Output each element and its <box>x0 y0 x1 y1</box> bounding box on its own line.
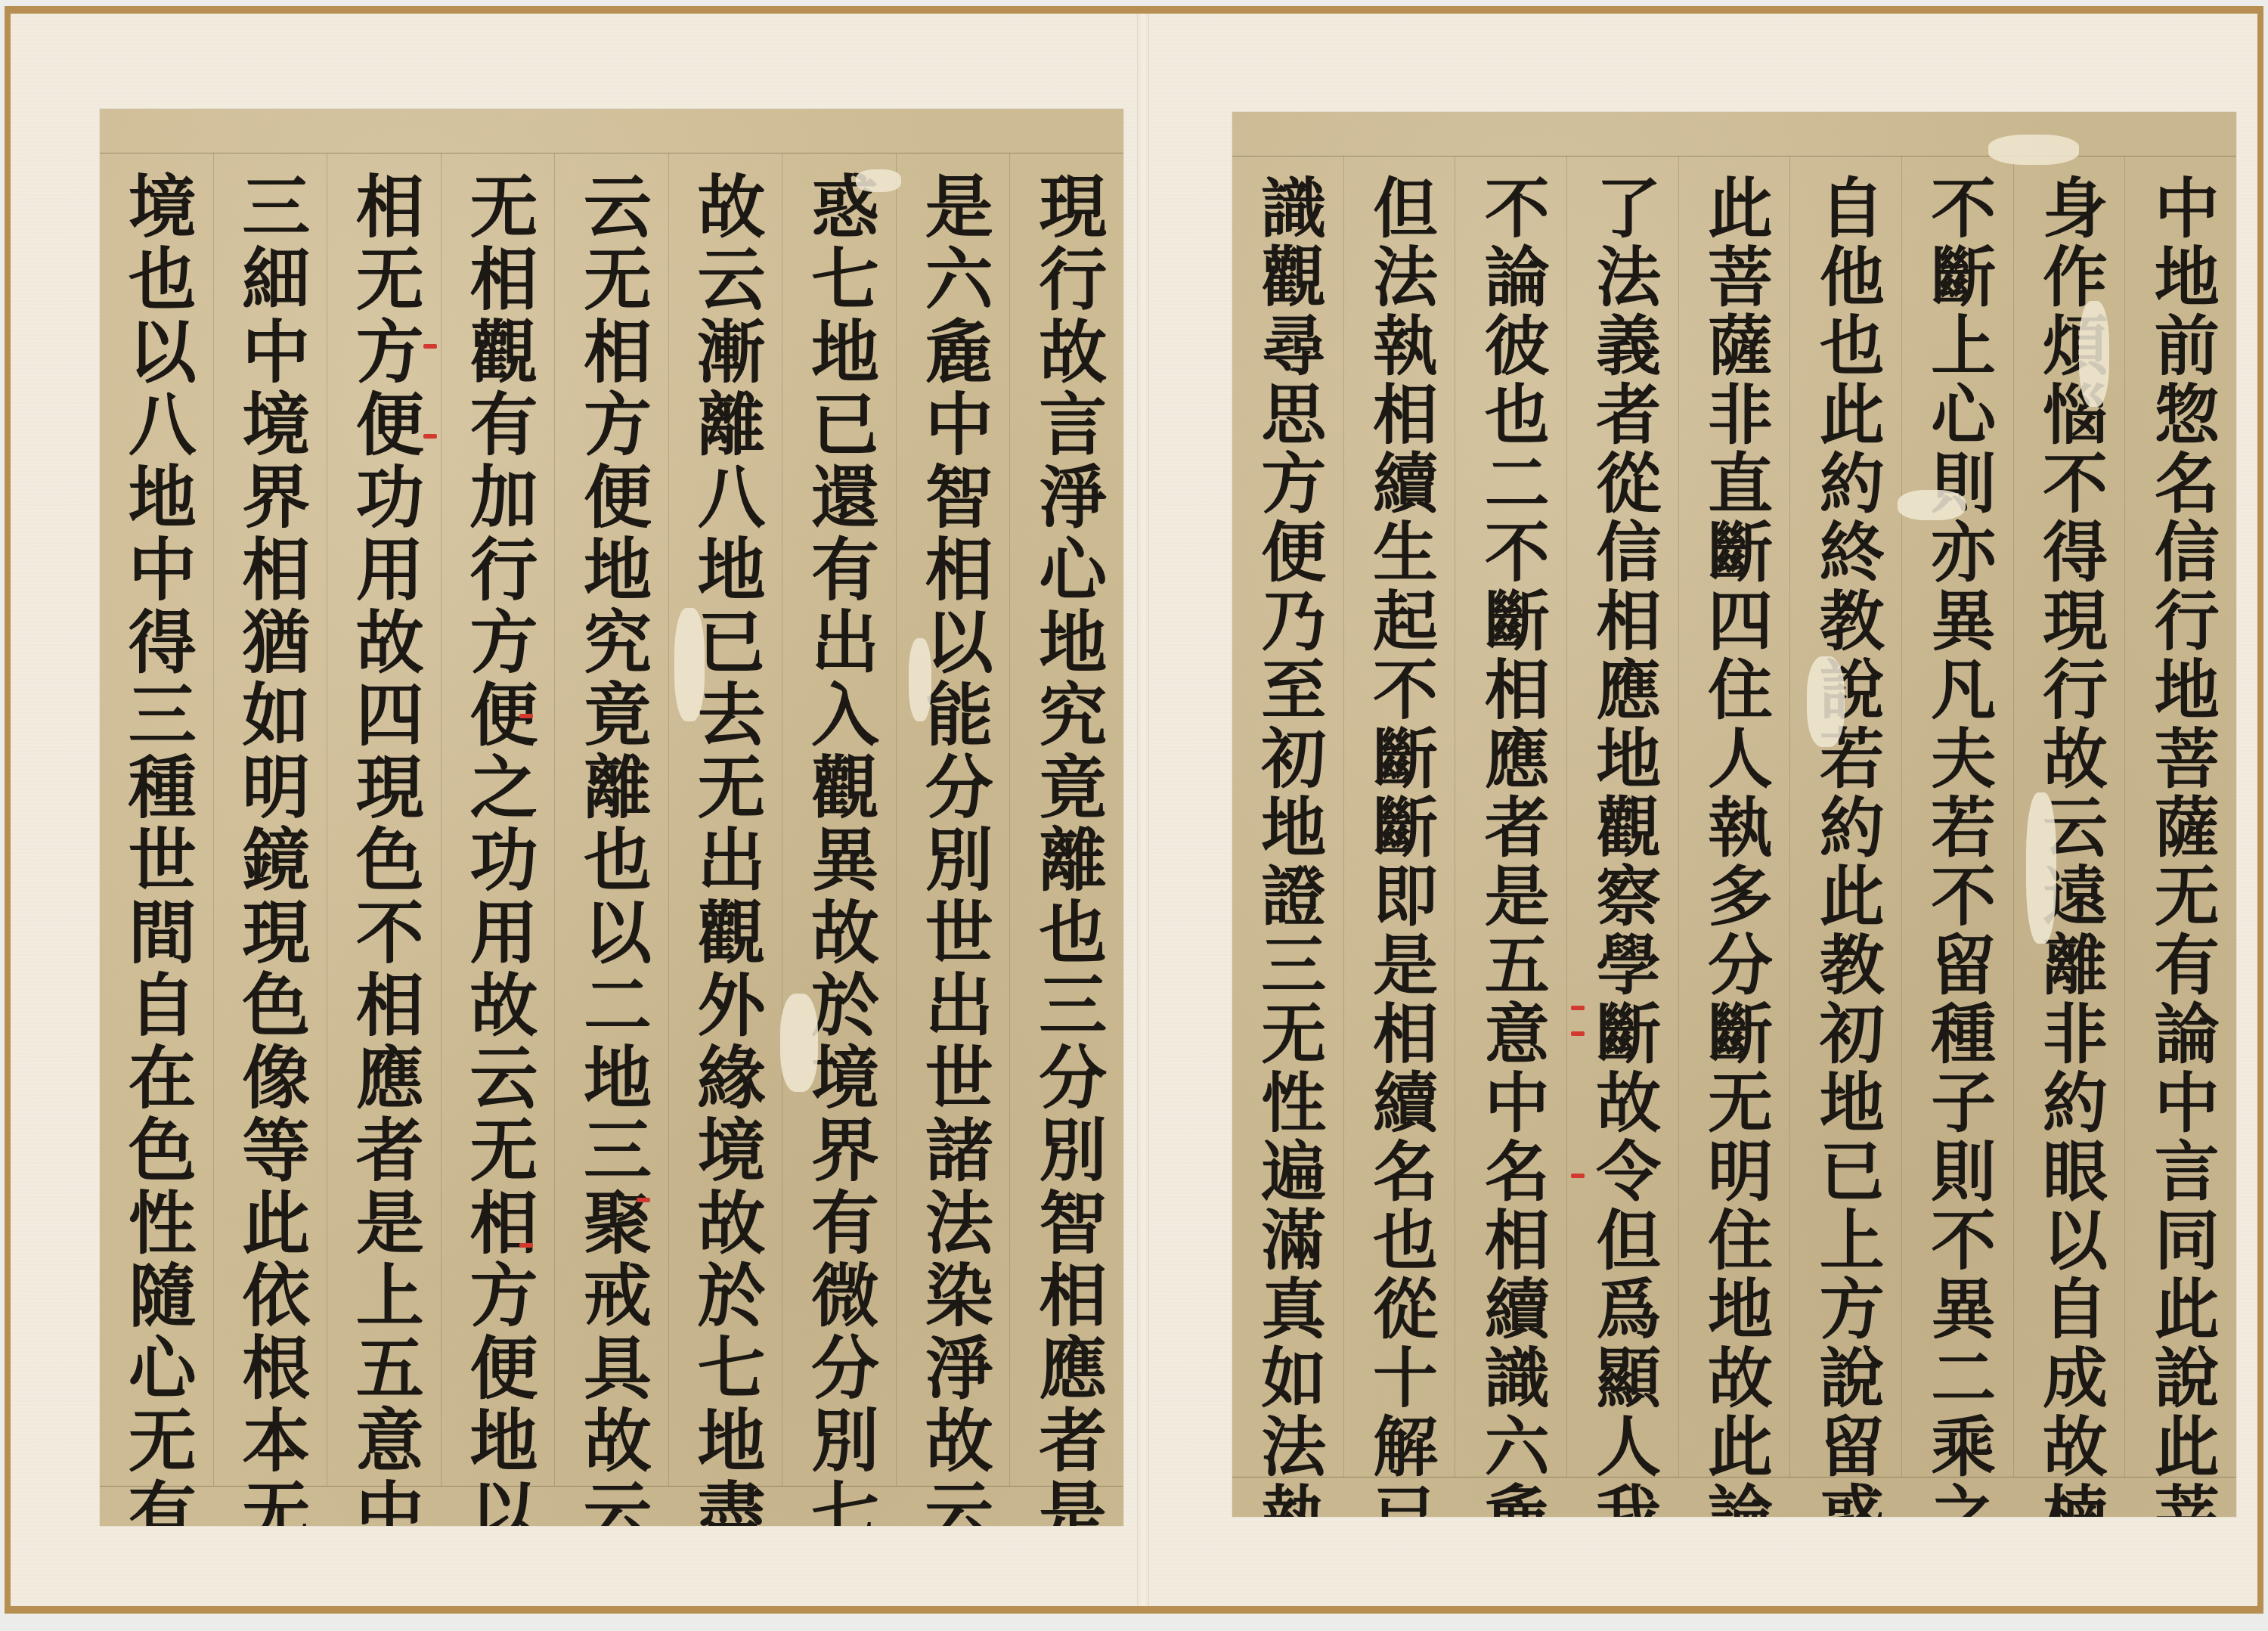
text-column: 三細中境界相猶如明鏡現色像等此依根本无明動令現 <box>213 153 327 1487</box>
red-annotation-mark <box>519 714 533 718</box>
text-columns-left: 現行故言淨心地究竟離也三分別智相應者是五意中智識 是六麁中智相以能分別世出世諸法… <box>100 153 1123 1487</box>
column-text: 了法義者從信相應地觀察學斷故令但爲顯人我麁執故 <box>1590 174 1655 1478</box>
text-column: 境也以八地中得三種世間自在色性隨心无有障㝵故云色 <box>100 153 213 1487</box>
red-annotation-mark <box>519 1243 533 1248</box>
paper-damage <box>856 169 901 192</box>
text-column: 此菩薩非直斷四住人執多分斷无明住地故此論下文云不 <box>1678 156 1790 1478</box>
column-text: 是六麁中智相以能分別世出世諸法染淨故云智是法執脩 <box>919 171 987 1487</box>
text-column: 識觀尋思方便乃至初地證三无性遍滿真如法執分別不得 <box>1232 156 1343 1478</box>
column-text: 无相觀有加行方便之功用故云无相方便地以八地已去於无 <box>463 171 531 1487</box>
paper-damage <box>2079 301 2109 407</box>
paper-damage <box>1807 656 1845 747</box>
paper-damage <box>909 638 931 721</box>
column-text: 故云漸離八地已去无出觀外緣境故於七地盡此惑也故 <box>692 171 760 1487</box>
album-frame: 現行故言淨心地究竟離也三分別智相應者是五意中智識 是六麁中智相以能分別世出世諸法… <box>5 6 2263 1614</box>
column-text: 不斷上心則亦異凡夫若不留種子則不異二乘之二意留惑為 <box>1925 174 1990 1478</box>
album-gutter-fold <box>1137 14 1149 1606</box>
column-text: 自他也此約終教說若約此教初地已上方說留惑如餘論說令 <box>1814 174 1879 1478</box>
column-text: 識觀尋思方便乃至初地證三无性遍滿真如法執分別不得 <box>1255 174 1320 1478</box>
column-text: 三細中境界相猶如明鏡現色像等此依根本无明動令現 <box>236 171 304 1487</box>
text-column: 相无方便功用故四現色不相應者是上五意中現識是上 <box>327 153 441 1487</box>
text-column: 現行故言淨心地究竟離也三分別智相應者是五意中智識 <box>1009 153 1123 1487</box>
column-text: 不論彼也二不斷相應者是五意中名相續識六麁中名相續相 <box>1479 174 1544 1478</box>
red-annotation-mark <box>423 434 437 439</box>
column-text: 云无相方便地究竟離也以二地三聚戒具故云具戒地以七地於 <box>578 171 646 1487</box>
text-column: 不論彼也二不斷相應者是五意中名相續識六麁中名相續相 <box>1455 156 1566 1478</box>
text-column: 故云漸離八地已去无出觀外緣境故於七地盡此惑也故 <box>668 153 782 1487</box>
text-column: 但法執相續生起不斷斷即是相續名也從十解已去脩唯 <box>1343 156 1455 1478</box>
column-text: 但法執相續生起不斷斷即是相續名也從十解已去脩唯 <box>1367 174 1432 1478</box>
column-text: 此菩薩非直斷四住人執多分斷无明住地故此論下文云不 <box>1702 174 1767 1478</box>
column-text: 境也以八地中得三種世間自在色性隨心无有障㝵故云色 <box>122 171 191 1487</box>
paper-damage <box>1898 490 1966 520</box>
text-column: 了法義者從信相應地觀察學斷故令但爲顯人我麁執故 <box>1566 156 1678 1478</box>
paper-damage <box>2026 792 2056 944</box>
red-annotation-mark <box>1571 1174 1585 1178</box>
column-text: 相无方便功用故四現色不相應者是上五意中現識是上 <box>350 171 418 1487</box>
text-column: 自他也此約終教說若約此教初地已上方說留惑如餘論說令 <box>1789 156 1901 1478</box>
text-column: 惑七地已還有出入觀異故於境界有微分別七地分除 <box>782 153 896 1487</box>
text-column: 中地前惣名信行地菩薩无有論中言同此說此菩薩得人空 <box>2124 156 2236 1478</box>
red-annotation-mark <box>1571 1006 1585 1010</box>
red-annotation-mark <box>1571 1031 1585 1036</box>
paper-damage <box>1988 135 2079 165</box>
text-column: 是六麁中智相以能分別世出世諸法染淨故云智是法執脩 <box>896 153 1010 1487</box>
red-annotation-mark <box>423 344 437 349</box>
text-column: 云无相方便地究竟離也以二地三聚戒具故云具戒地以七地於 <box>554 153 668 1487</box>
text-column: 无相觀有加行方便之功用故云无相方便地以八地已去於无 <box>441 153 555 1487</box>
red-annotation-mark <box>637 1198 650 1202</box>
paper-damage <box>780 994 818 1092</box>
column-text: 現行故言淨心地究竟離也三分別智相應者是五意中智識 <box>1033 171 1101 1487</box>
manuscript-leaf-right: 中地前惣名信行地菩薩无有論中言同此說此菩薩得人空 身作煩惱不得現行故云遠離非約眼… <box>1232 112 2236 1517</box>
column-text: 惑七地已還有出入觀異故於境界有微分別七地分除 <box>805 171 873 1487</box>
manuscript-leaf-left: 現行故言淨心地究竟離也三分別智相應者是五意中智識 是六麁中智相以能分別世出世諸法… <box>100 109 1123 1526</box>
paper-damage <box>674 608 705 721</box>
column-text: 中地前惣名信行地菩薩无有論中言同此說此菩薩得人空 <box>2149 174 2214 1478</box>
text-column: 不斷上心則亦異凡夫若不留種子則不異二乘之二意留惑為 <box>1901 156 2013 1478</box>
